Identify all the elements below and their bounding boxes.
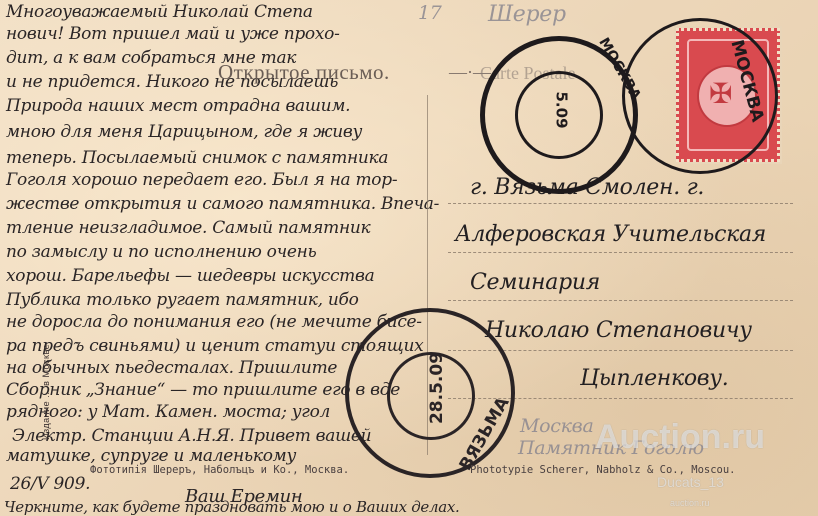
message-line: жестве открытия и самого памятника. Впеч…: [6, 194, 439, 214]
address-rule: [448, 203, 793, 204]
message-line: мною для меня Царицыном, где я живу: [6, 122, 362, 142]
message-line: Гоголя хорошо передает его. Был я на тор…: [6, 170, 397, 190]
message-line: Электр. Станции А.Н.Я. Привет вашей: [12, 426, 371, 446]
postmark-ring-text: МОСКВА: [726, 38, 767, 124]
message-line: Сборник „Знание“ — то пришлите его в вде: [6, 380, 400, 400]
message-line: по замыслу и по исполнению очень: [6, 242, 316, 262]
pencil-note-city: Москва: [520, 415, 593, 437]
printer-imprint-ru: Фототипія Шереръ, Наболъцъ и Ко., Москва…: [90, 464, 349, 476]
postmark-stamp-cancel: МОСКВА: [622, 18, 778, 174]
address-recipient-surname: Цыпленкову.: [580, 366, 728, 391]
message-line: Публика только ругает памятник, ибо: [6, 290, 359, 310]
message-line: на обычных пьедесталах. Пришлите: [6, 358, 337, 378]
postmark-date: 28.5.09: [427, 352, 447, 424]
vertical-imprint: Издание ... в Москве: [41, 344, 51, 440]
postmark-date: 5.09: [553, 91, 571, 128]
postmark-departure: 5.09 МОСКВА: [480, 36, 638, 194]
message-line: хорош. Барельефы — шедевры искусства: [6, 266, 374, 286]
watermark-domain: auction.ru: [670, 498, 710, 508]
message-line: теперь. Посылаемый снимок с памятника: [6, 148, 388, 168]
address-institution: Алферовская Учительская: [455, 222, 766, 247]
message-line: матушке, супруге и маленькому: [6, 446, 296, 466]
postmark-arrival: 28.5.09 ВЯЗЬМА: [345, 308, 515, 478]
address-rule: [448, 252, 793, 253]
message-line: нович! Вот пришел май и уже прохо-: [6, 24, 340, 44]
watermark-seller: Ducats_13: [657, 474, 724, 490]
pencil-name: Шерер: [488, 2, 566, 27]
message-line: Многоуважаемый Николай Степа: [6, 2, 313, 22]
message-line: Черкните, как будете праздновать мою и о…: [4, 498, 460, 516]
message-line: не доросла до понимания его (не мечите б…: [6, 312, 422, 332]
postcard: Многоуважаемый Николай Степанович! Вот п…: [0, 0, 818, 516]
message-line: рядного: у Мат. Камен. моста; угол: [6, 402, 330, 422]
message-date: 26/V 909.: [10, 474, 90, 494]
printed-title-ru: Открытое письмо.: [218, 60, 390, 85]
address-rule: [448, 300, 793, 301]
address-institution-2: Семинария: [470, 270, 600, 295]
address-recipient-name: Николаю Степановичу: [485, 318, 752, 343]
watermark-brand: Auction.ru: [595, 418, 765, 457]
pencil-number: 17: [418, 2, 442, 24]
message-line: Природа наших мест отрадна вашим.: [6, 96, 350, 116]
message-line: тление неизгладимое. Самый памятник: [6, 218, 370, 238]
